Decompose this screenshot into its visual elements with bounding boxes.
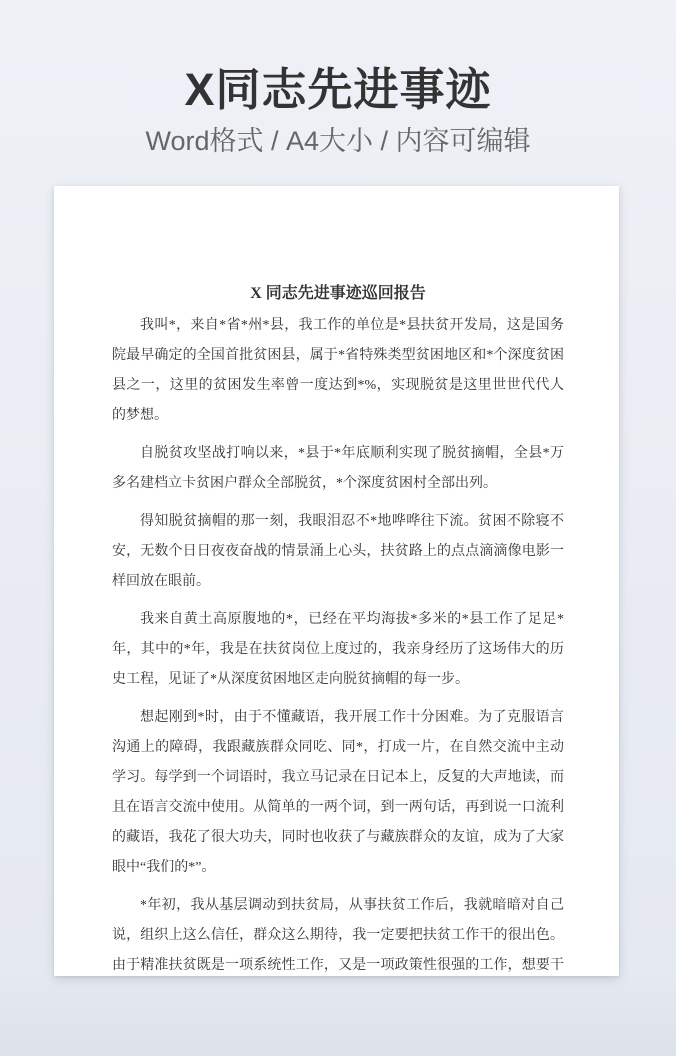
document-paragraph: 想起刚到*时，由于不懂藏语，我开展工作十分困难。为了克服语言沟通上的障碍，我跟藏… [112, 703, 564, 883]
template-subtitle: Word格式 / A4大小 / 内容可编辑 [0, 126, 676, 156]
document-paragraph: 得知脱贫摘帽的那一刻，我眼泪忍不*地哗哗往下流。贫困不除寝不安，无数个日日夜夜奋… [112, 507, 564, 597]
document-paragraph: 我来自黄土高原腹地的*，已经在平均海拔*多米的*县工作了足足*年，其中的*年，我… [112, 605, 564, 695]
document-paragraph: *年初，我从基层调动到扶贫局，从事扶贫工作后，我就暗暗对自己说，组织上这么信任，… [112, 891, 564, 976]
document-preview-page: X 同志先进事迹巡回报告 我叫*，来自*省*州*县，我工作的单位是*县扶贫开发局… [54, 186, 619, 976]
template-title: X同志先进事迹 [0, 64, 676, 116]
document-paragraph: 自脱贫攻坚战打响以来，*县于*年底顺利实现了脱贫摘帽，全县*万多名建档立卡贫困户… [112, 439, 564, 499]
document-paragraph: 我叫*，来自*省*州*县，我工作的单位是*县扶贫开发局，这是国务院最早确定的全国… [112, 311, 564, 431]
bottom-strip [0, 1047, 676, 1056]
header: X同志先进事迹 Word格式 / A4大小 / 内容可编辑 [0, 0, 676, 156]
document-body: 我叫*，来自*省*州*县，我工作的单位是*县扶贫开发局，这是国务院最早确定的全国… [112, 311, 564, 976]
document-title: X 同志先进事迹巡回报告 [112, 279, 564, 309]
